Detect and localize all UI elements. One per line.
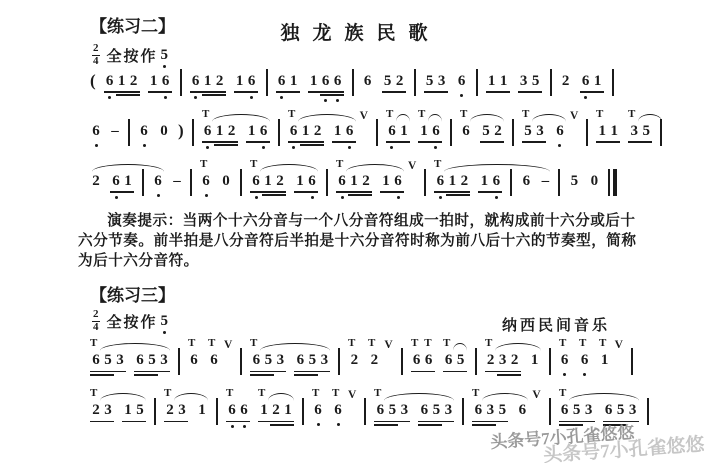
note-digit: 1 [382,173,390,189]
note-digit: 3 [438,73,446,89]
low-octave-dot [583,373,586,376]
note-digit: 2 [130,73,138,89]
beam-line [274,191,286,193]
barline [647,398,649,425]
music-attribution: 纳西民间音乐 [502,314,610,335]
slur [396,114,410,123]
notation-cells: 65365366V65365322V66652321661V [90,352,708,369]
note: 3 [442,402,454,419]
note-digit: 1 [481,173,489,189]
low-octave-dot [157,194,160,197]
note: 1 [380,173,392,190]
note-digit: 6 [437,173,445,189]
note: 6 [320,73,332,90]
note: 2 [128,73,140,90]
note: 1 [262,173,274,190]
barline [240,348,242,375]
ornament-T: T [411,337,418,349]
barline [192,119,194,146]
ornament-T: T [90,387,97,399]
beam-group: 53 [522,123,546,140]
slur [569,393,639,402]
note-digit: 6 [260,123,268,139]
note-digit: 6 [204,123,212,139]
beam-group: 653 [559,402,595,419]
beam-line [418,141,430,143]
note-digit: 1 [260,402,268,418]
note: 2 [274,173,286,190]
beam-group: 16 [418,123,442,140]
beam-line [485,371,497,373]
beam-group: 653 [374,402,410,419]
note-digit: 5 [265,352,273,368]
slur [453,343,467,352]
note-digit: 3 [116,352,124,368]
beam-group: 23 [90,402,114,419]
beam-group: 66 [226,402,250,419]
note: 1 [214,123,226,140]
beam-group: 65 [443,352,467,369]
beam-group: 52 [382,73,406,90]
note-digit: 2 [562,73,570,89]
ornament-T: T [250,158,257,170]
beam-line [294,371,306,373]
note: 1 [529,352,541,369]
beam-line [336,191,348,193]
beam-line [282,424,294,426]
note-digit: 1 [198,402,206,418]
note-digit: 6 [314,402,322,418]
ornament-T: T [188,337,195,349]
note: 2 [214,73,226,90]
beam-line [250,374,262,376]
slur [100,343,170,352]
beam-line [226,421,238,423]
note-digit: 1 [611,123,619,139]
ornament-T: T [226,387,233,399]
beam-line [497,374,509,376]
beam-line [332,141,344,143]
low-octave-dot [337,423,340,426]
note-digit: 1 [302,123,310,139]
note: 0 [220,173,232,190]
ornament-T: T [443,337,450,349]
beam-line [386,421,398,423]
note-digit: 5 [499,402,507,418]
beam-line [442,421,454,423]
note: 2 [360,173,372,190]
note: 3 [627,402,639,419]
time-signature: 2 4 [92,43,100,67]
note: 5 [640,123,652,140]
beam-group: 35 [628,123,652,140]
beam-line [446,194,458,196]
ornament-T: T [485,337,492,349]
note-digit: 2 [396,73,404,89]
beam-line [276,91,288,93]
barline [352,69,354,96]
notation-cells: 2616–606121661216V612166–50 [90,173,708,190]
barline [510,169,512,196]
low-octave-dot [563,373,566,376]
note: 5 [134,402,146,419]
note-digit: 5 [571,173,579,189]
note-digit: 6 [493,173,501,189]
beam-line [318,371,330,373]
note-digit: 6 [346,123,354,139]
beam-group: 16 [294,173,318,190]
breath-mark: V [348,389,356,401]
beam-group: 653 [418,402,454,419]
note-digit: 2 [272,402,280,418]
note-digit: 6 [112,173,120,189]
beam-group: 612 [288,123,324,140]
note: 2 [560,73,572,90]
note-digit: 1 [296,173,304,189]
beam-line [394,91,406,93]
beam-group: 61 [276,73,300,90]
note-digit: 6 [248,73,256,89]
beam-line [484,421,496,423]
beam-line [423,371,435,373]
note-digit: 2 [487,352,495,368]
note: 5 [306,352,318,369]
beam-line [360,191,372,193]
beam-group: 653 [134,352,170,369]
note: 6 [246,73,258,90]
beam-group: 66 [411,352,435,369]
note-digit: 6 [140,123,148,139]
beam-group: 232 [485,352,521,369]
beam-line [148,91,160,93]
note: 5 [571,402,583,419]
note-digit: 6 [561,352,569,368]
notation-cells: 6–60)6121661216V6116652536V1135 [90,123,708,140]
beam-line [128,91,140,93]
beam-line [446,191,458,193]
note: 3 [398,402,410,419]
barline [128,119,130,146]
note-digit: 5 [104,352,112,368]
beam-line [332,94,344,96]
beam-line [294,191,306,193]
beam-line [380,191,392,193]
note: 1 [498,73,510,90]
note-digit: 1 [420,123,428,139]
ornament-T: T [559,387,566,399]
note-digit: 6 [190,352,198,368]
note-digit: 6 [458,73,466,89]
beam-line [486,91,498,93]
note: 5 [522,123,534,140]
beam-line [580,91,592,93]
beam-group: 16 [148,73,172,90]
note-digit: 1 [594,73,602,89]
note: 3 [518,73,530,90]
beam-line [176,421,188,423]
slur [212,114,270,123]
note-digit: 3 [277,352,285,368]
note-digit: 1 [449,173,457,189]
note: 1 [300,123,312,140]
beam-line [288,141,300,143]
note: 6 [559,402,571,419]
beam-line [398,421,410,423]
note: 1 [258,402,270,419]
low-octave-dot [397,196,400,199]
beam-line [146,371,158,373]
beam-group: 52 [480,123,504,140]
note-digit: 2 [166,402,174,418]
beam-line [344,141,356,143]
note: 1 [599,352,611,369]
note-digit: 3 [445,402,453,418]
note: 1 [332,123,344,140]
slur [495,343,541,352]
beam-line [509,374,521,376]
note: 1 [446,173,458,190]
note: 6 [472,402,484,419]
slur [260,164,318,173]
beam-line [374,421,386,423]
note-digit: 6 [136,352,144,368]
duration-dash: – [110,123,120,140]
song-title: 独龙族民歌 [0,18,708,45]
beam-group: 612 [250,173,286,190]
barline [475,348,477,375]
beam-line [640,141,652,143]
beam-line [522,141,534,143]
note: 3 [534,123,546,140]
barline [364,398,366,425]
ornament-T: T [579,337,586,349]
note-digit: 6 [425,352,433,368]
note: 1 [592,73,604,90]
barline [338,348,340,375]
ornament-T: T [599,337,606,349]
note-digit: 1 [350,173,358,189]
slur [444,164,550,173]
note: 2 [485,352,497,369]
barline [462,398,464,425]
note: 1 [196,402,208,419]
fingering-base-digit: 5 [161,47,169,63]
low-octave-dot [194,96,197,99]
beam-group: 16 [234,73,258,90]
note-digit: 3 [499,352,507,368]
exercise2-meter-row: 2 4 全按作 5 [92,42,708,68]
beam-line [418,421,430,423]
slur [532,114,566,123]
performance-tip-label: 演奏提示： [107,213,182,229]
ornament-T: T [348,337,355,349]
beam-group: 61 [386,123,410,140]
note: 5 [568,173,580,190]
beam-line [418,424,430,426]
note: 6 [554,123,566,140]
note-digit: 5 [309,352,317,368]
breath-mark: V [615,339,623,351]
note-digit: 6 [388,123,396,139]
note-digit: 5 [573,402,581,418]
note: 6 [208,352,220,369]
note-digit: 2 [228,123,236,139]
note-digit: 6 [364,73,372,89]
beam-line [392,191,404,193]
note-digit: 1 [290,73,298,89]
low-octave-dot [206,146,209,149]
beam-group: 653 [90,352,126,369]
beam-line [214,91,226,93]
note-digit: 5 [148,352,156,368]
beam-line [258,141,270,143]
beam-group: 16 [478,173,502,190]
low-octave-dot [231,425,234,428]
duration-dash: – [172,173,182,190]
beam-line [498,91,510,93]
beam-group: 612 [336,173,372,190]
barline [142,169,144,196]
beam-group: 16 [332,123,356,140]
low-octave-dot [324,99,327,102]
beam-group: 61 [580,73,604,90]
note: 0 [588,173,600,190]
ornament-T: T [368,337,375,349]
note-digit: 6 [432,123,440,139]
ornament-T: T [596,108,603,120]
note-digit: 3 [631,123,639,139]
low-octave-dot [341,196,344,199]
note: 2 [226,123,238,140]
note: 6 [411,352,423,369]
note-digit: 6 [334,402,342,418]
beam-line [250,371,262,373]
note: 1 [418,123,430,140]
note: 1 [116,73,128,90]
note: 6 [134,352,146,369]
note-digit: 6 [252,173,260,189]
note: 6 [306,173,318,190]
note: 6 [460,123,472,140]
note: 6 [332,73,344,90]
note-digit: 3 [321,352,329,368]
ornament-T: T [522,108,529,120]
note: 6 [276,73,288,90]
barline [612,69,614,96]
low-octave-dot [584,96,587,99]
note-digit: 1 [310,73,318,89]
beam-group: 612 [202,123,238,140]
beam-line [478,191,490,193]
note: 2 [348,352,360,369]
note: 6 [226,402,238,419]
barline [240,169,242,196]
note: 5 [262,352,274,369]
note: 2 [312,123,324,140]
note-digit: 5 [433,402,441,418]
note-digit: 5 [482,123,490,139]
note-digit: 3 [536,123,544,139]
beam-line [484,424,496,426]
beam-group: 612 [104,73,140,90]
note-digit: 6 [162,73,170,89]
note: 3 [583,402,595,419]
low-octave-dot [280,96,283,99]
note-digit: 1 [500,73,508,89]
slur [384,393,454,402]
barline [376,119,378,146]
final-barline-thin [608,169,610,196]
note-digit: 6 [92,123,100,139]
note: 1 [148,73,160,90]
exercise3-heading: 【练习三】 [90,281,708,306]
ornament-T: T [332,387,339,399]
beam-line [246,91,258,93]
beam-line [530,91,542,93]
note-digit: 6 [106,73,114,89]
note-digit: 2 [494,123,502,139]
beam-line [202,94,214,96]
note-digit: 6 [421,402,429,418]
note-digit: 6 [581,352,589,368]
note: 6 [160,73,172,90]
notation-line-3: 2616–606121661216V612166–50TTTT [90,155,708,205]
note-digit: 6 [582,73,590,89]
notation-line-1: (6121661216611666525361135261 [90,68,708,105]
beam-line [386,141,398,143]
note-digit: 1 [204,73,212,89]
beam-line [226,141,238,143]
low-octave-dot [250,96,253,99]
note-digit: 5 [532,73,540,89]
beam-line [250,191,262,193]
beam-line [490,191,502,193]
low-octave-dot [439,196,442,199]
beam-line [430,424,442,426]
note: 6 [362,73,374,90]
note: 5 [102,352,114,369]
barline [154,398,156,425]
note-digit: 6 [240,402,248,418]
breath-mark: V [384,339,392,351]
note-digit: 2 [92,173,100,189]
note-digit: 3 [585,402,593,418]
barline [586,119,588,146]
time-signature: 2 4 [92,309,100,333]
note-digit: 2 [276,173,284,189]
beam-line [128,94,140,96]
note-digit: 3 [629,402,637,418]
beam-line [455,371,467,373]
beam-group: 653 [294,352,330,369]
barline [302,398,304,425]
beam-line [258,421,270,423]
note: 3 [176,402,188,419]
beam-group: 612 [434,173,470,190]
beam-line [274,371,286,373]
note-digit: 2 [351,352,359,368]
note-digit: 5 [426,73,434,89]
beam-line [596,141,608,143]
beam-line [262,194,274,196]
note-digit: 5 [643,123,651,139]
note: 1 [288,73,300,90]
beam-line [214,94,226,96]
parenthesis: ) [178,123,184,139]
final-barline [608,169,616,196]
note: 5 [430,402,442,419]
note-digit: 6 [192,73,200,89]
